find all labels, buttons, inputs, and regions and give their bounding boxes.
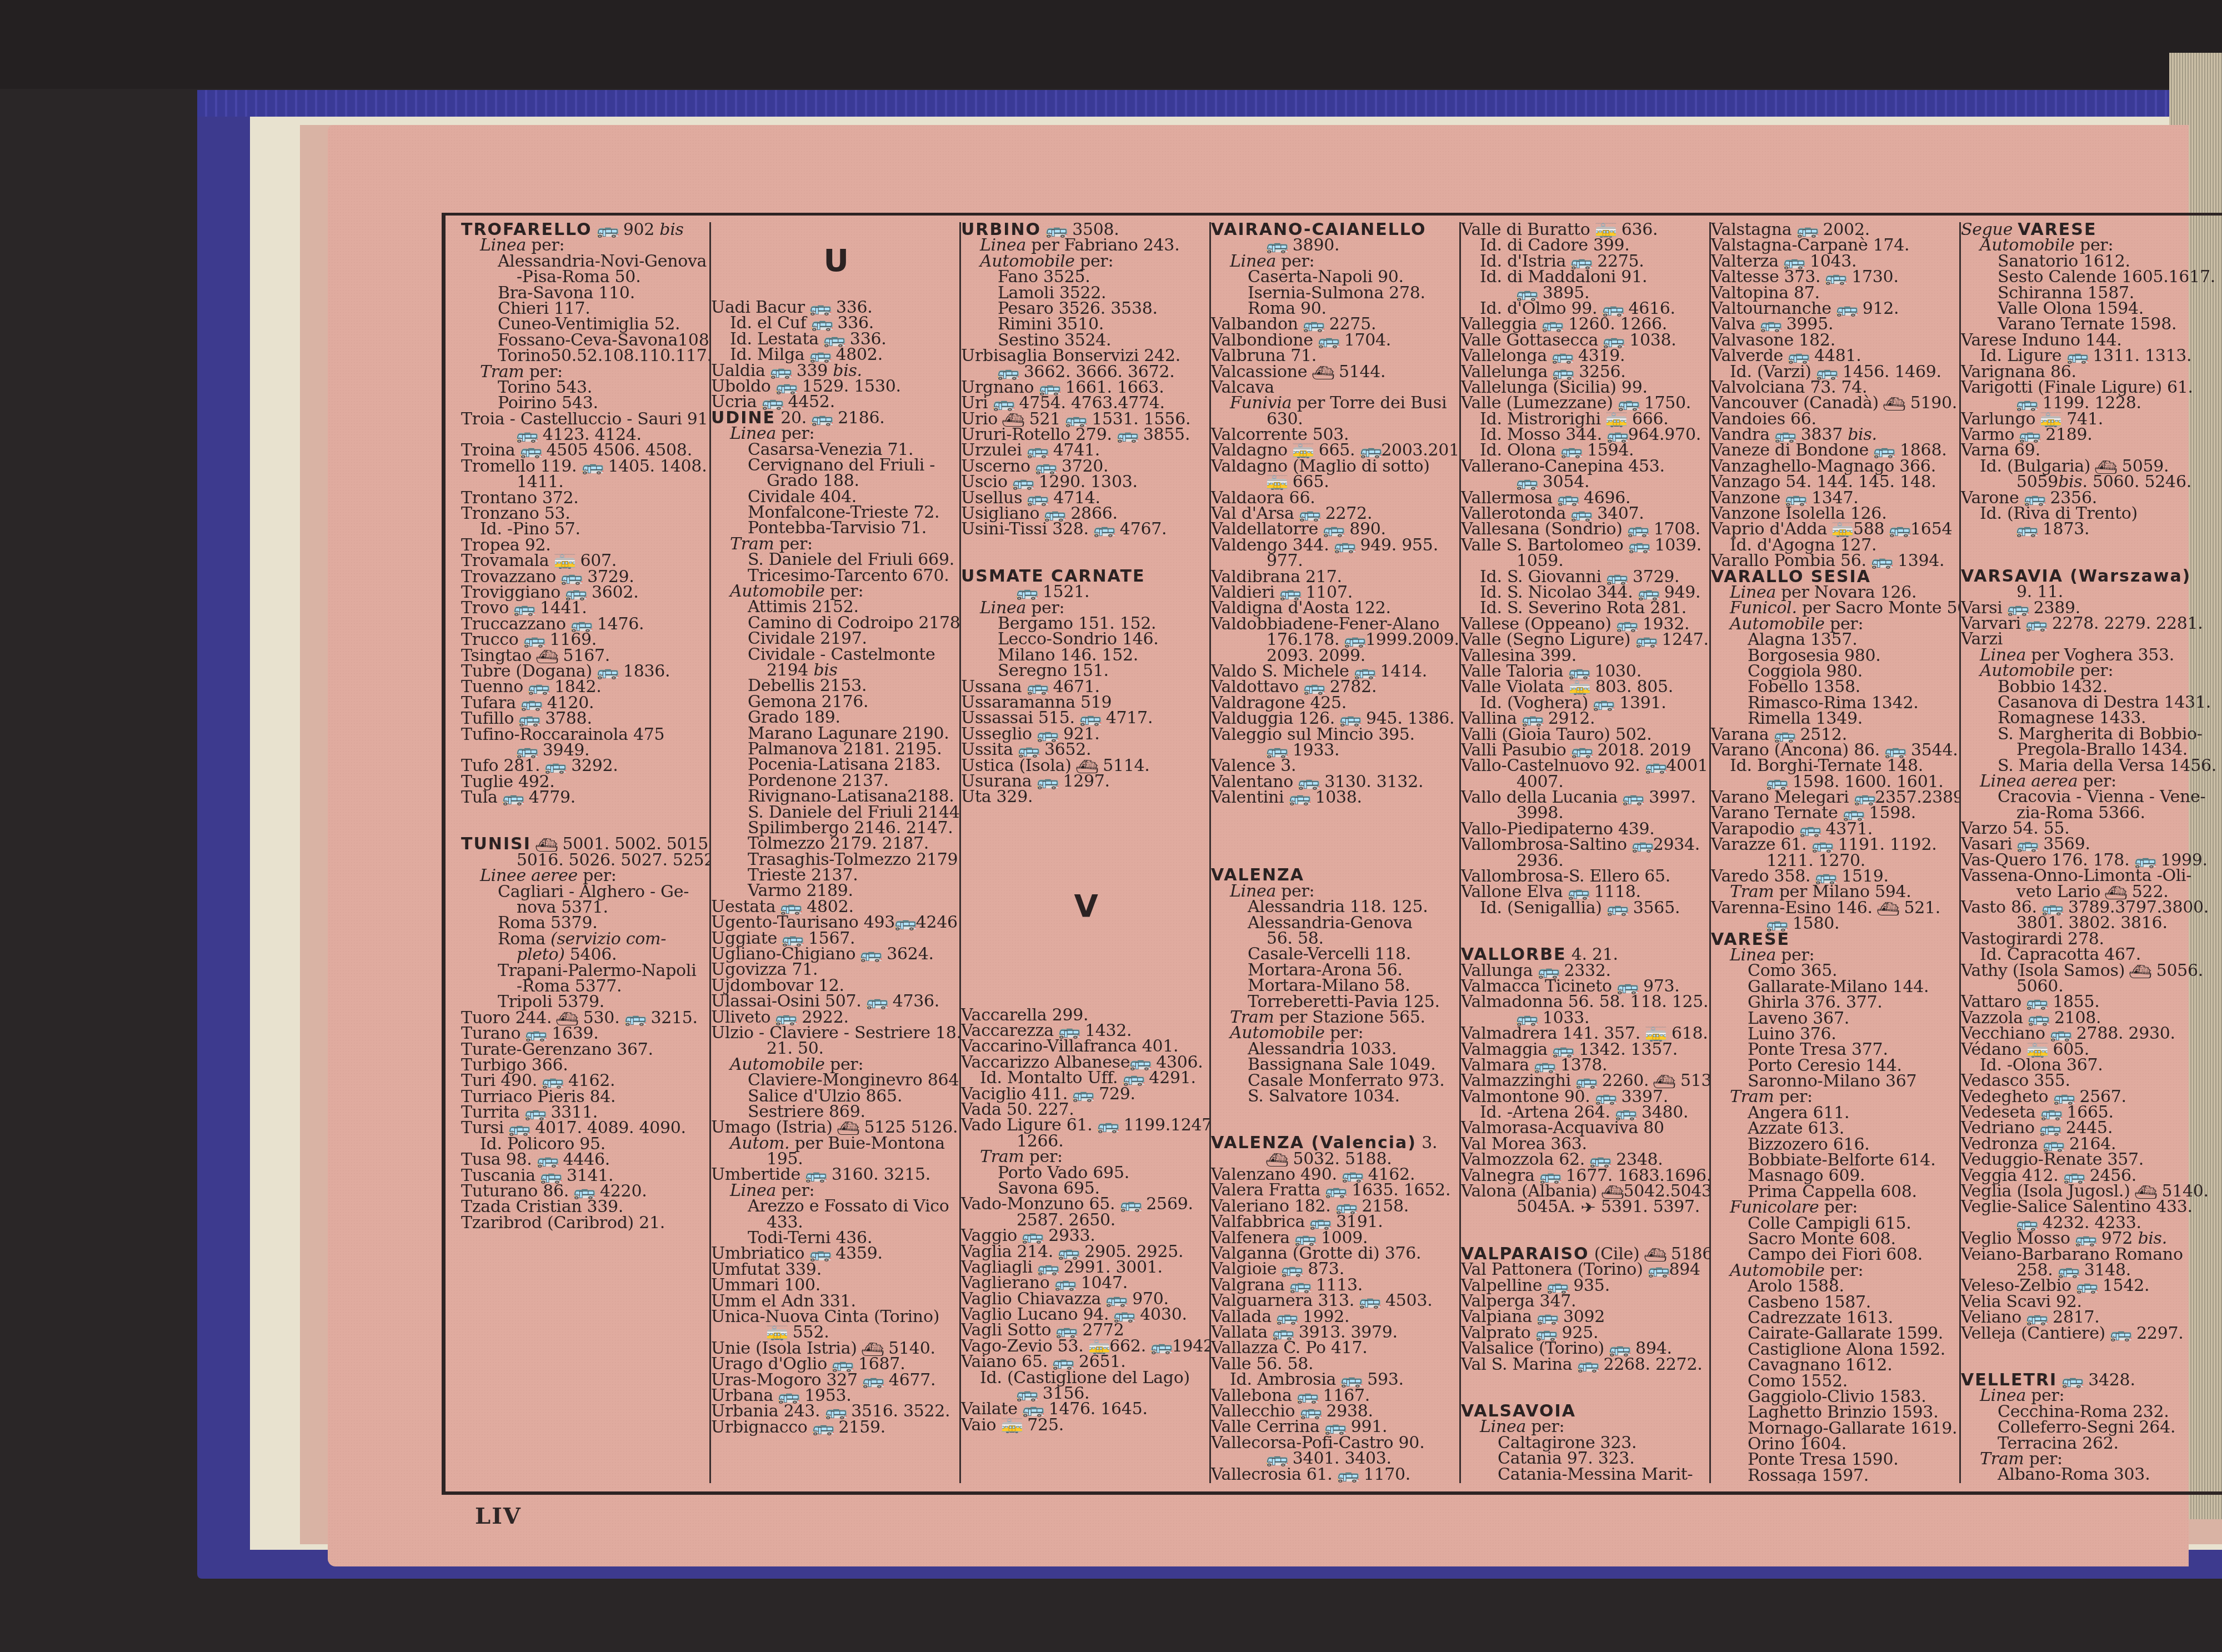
bus-icon: 🚌	[777, 1389, 800, 1404]
bus-icon: 🚌	[2006, 601, 2029, 617]
bus-icon: 🚌	[1592, 696, 1615, 712]
spacer	[1961, 538, 2222, 569]
ship-icon: ⛴	[1876, 901, 1900, 917]
bus-icon: 🚌	[2049, 1027, 2072, 1042]
bus-icon: 🚌	[1275, 1310, 1298, 1325]
bus-icon: 🚌	[2066, 349, 2089, 364]
bus-icon: 🚌	[1787, 349, 1810, 364]
ship-icon: ⛴	[555, 1011, 579, 1027]
bus-icon: 🚌	[1012, 475, 1034, 490]
bus-icon: 🚌	[1265, 238, 1288, 254]
bus-icon: 🚌	[1339, 712, 1362, 727]
bus-icon: 🚌	[1870, 554, 1893, 569]
bus-icon: 🚌	[1537, 964, 1560, 979]
bus-icon: 🚌	[1015, 585, 1038, 600]
bus-icon: 🚌	[781, 932, 804, 947]
bus-icon: 🚌	[1055, 1323, 1078, 1339]
bus-icon: 🚌	[524, 1027, 547, 1042]
bus-icon: 🚌	[1515, 475, 1538, 490]
bus-icon: 🚌	[775, 379, 798, 395]
bus-icon: 🚌	[823, 332, 845, 348]
bus-icon: 🚌	[860, 947, 883, 963]
bus-icon: 🚌	[564, 585, 587, 601]
bus-icon: 🚌	[1129, 1055, 1152, 1071]
index-entry: Unica-Nuova Cinta (Torino)	[711, 1309, 961, 1325]
bus-icon: 🚌	[1021, 1229, 1044, 1244]
bus-icon: 🚌	[862, 1373, 884, 1389]
tram-icon: 🚋	[1831, 522, 1854, 538]
bus-icon: 🚌	[1265, 743, 1288, 759]
bus-icon: 🚌	[516, 428, 538, 443]
bus-icon: 🚌	[508, 1121, 531, 1137]
bus-icon: 🚌	[2015, 1216, 2038, 1232]
bus-icon: 🚌	[2041, 900, 2064, 916]
bus-icon: 🚌	[1783, 254, 1805, 270]
bus-icon: 🚌	[2074, 1232, 2097, 1247]
bus-icon: 🚌	[1842, 806, 1865, 822]
bus-icon: 🚌	[1097, 1118, 1119, 1134]
spacer	[1461, 1215, 1711, 1246]
bus-icon: 🚌	[560, 570, 583, 585]
tram-icon: 🚋	[1568, 680, 1591, 695]
index-entry: Val S. Marina 🚌 2268. 2272.	[1461, 1357, 1711, 1373]
bus-icon: 🚌	[1034, 459, 1057, 475]
bus-icon: 🚌	[1533, 1058, 1556, 1074]
bus-icon: 🚌	[2039, 1121, 2061, 1137]
ship-icon: ⛴	[837, 1120, 860, 1136]
section-letter: V	[961, 868, 1211, 945]
bus-icon: 🚌	[519, 443, 542, 459]
binder-spine-edge	[197, 90, 2222, 117]
index-entry: Valentini 🚌 1038.	[1211, 790, 1461, 805]
bus-icon: 🚌	[1515, 1011, 1538, 1027]
bus-icon: 🚌	[1303, 680, 1325, 695]
bus-icon: 🚌	[1796, 223, 1819, 238]
bus-icon: 🚌	[1294, 1231, 1317, 1246]
bus-icon: 🚌	[1122, 1071, 1145, 1087]
ship-icon: ⛴	[2104, 885, 2128, 900]
bus-icon: 🚌	[2109, 1326, 2132, 1342]
index-entry: Tromello 119. 🚌 1405. 1408.	[461, 459, 711, 474]
index-subentry: S. Salvatore 1034.	[1211, 1089, 1461, 1104]
bus-icon: 🚌	[1551, 349, 1574, 364]
spacer	[961, 538, 1211, 569]
bus-icon: 🚌	[541, 1074, 564, 1089]
section-letter: U	[711, 222, 961, 300]
tram-icon: 🚋	[2026, 1043, 2049, 1058]
bus-icon: 🚌	[1541, 317, 1564, 333]
ship-icon: ⛴	[1265, 1152, 1289, 1168]
bus-icon: 🚌	[1036, 727, 1059, 743]
spacer	[1211, 805, 1461, 837]
bus-icon: 🚌	[1644, 759, 1667, 774]
index-entry: Ulzio - Claviere - Sestriere 18.	[711, 1025, 961, 1041]
bus-icon: 🚌	[527, 680, 550, 695]
bus-icon: 🚌	[2061, 1373, 2084, 1389]
ship-icon: ⛴	[1312, 365, 1335, 381]
bus-icon: 🚌	[1602, 333, 1625, 349]
bus-icon: 🚌	[2025, 617, 2048, 632]
tram-icon: 🚋	[1605, 412, 1628, 428]
index-entry: Tzaribrod (Caribrod) 21.	[461, 1215, 711, 1231]
bus-icon: 🚌	[1279, 585, 1302, 601]
index-column-7: Segue VARESEAutomobile per:Sanatorio 161…	[1961, 222, 2222, 1483]
index-subentry: 5045A. ✈ 5391. 5397.	[1461, 1199, 1711, 1215]
bus-icon: 🚌	[1093, 522, 1115, 538]
bus-icon: 🚌	[1765, 917, 1788, 932]
bus-icon: 🚌	[1324, 1183, 1347, 1199]
tram-icon: 🚋	[2040, 412, 2063, 428]
ship-icon: ⛴	[1075, 759, 1099, 774]
bus-icon: 🚌	[2075, 1279, 2098, 1294]
tram-icon: 🚋	[765, 1325, 788, 1341]
index-column-3: URBINO 🚌 3508.Linea per Fabriano 243.Aut…	[961, 222, 1211, 1483]
bus-icon: 🚌	[520, 696, 543, 712]
bus-icon: 🚌	[544, 759, 567, 774]
ship-icon: ⛴	[536, 649, 559, 664]
bus-icon: 🚌	[1052, 1355, 1074, 1370]
bus-icon: 🚌	[1560, 443, 1583, 459]
bus-icon: 🚌	[1873, 443, 1895, 459]
index-entry: Uta 329.	[961, 789, 1211, 805]
bus-icon: 🚌	[1536, 1310, 1559, 1325]
bus-icon: 🚌	[1044, 507, 1067, 522]
bus-icon: 🚌	[1616, 979, 1639, 995]
index-entry: Usini-Tissi 328. 🚌 4767.	[961, 522, 1211, 537]
bus-icon: 🚌	[1333, 538, 1356, 554]
index-subentry: Funivia per Torre dei Busi	[1211, 396, 1461, 411]
index-entry: Vallo-Castelnuovo 92. 🚌4001.	[1461, 758, 1711, 774]
bus-icon: 🚌	[1335, 1199, 1358, 1215]
bus-icon: 🚌	[1547, 1279, 1569, 1294]
bus-icon: 🚌	[2042, 1137, 2065, 1153]
bus-icon: 🚌	[2027, 1011, 2050, 1027]
bus-icon: 🚌	[1774, 428, 1796, 443]
index-entry: Vado Ligure 61. 🚌 1199.1247.	[961, 1118, 1211, 1133]
bus-icon: 🚌	[2053, 1090, 2075, 1105]
bus-icon: 🚌	[1288, 790, 1311, 806]
bus-icon: 🚌	[1079, 711, 1102, 727]
index-entry: Urbignacco 🚌 2159.	[711, 1420, 961, 1435]
bus-icon: 🚌	[1113, 1308, 1136, 1323]
bus-icon: 🚌	[524, 1105, 547, 1121]
bus-icon: 🚌	[831, 1357, 854, 1373]
ship-icon: ⛴	[1002, 412, 1025, 428]
ship-icon: ⛴	[861, 1341, 884, 1357]
bus-icon: 🚌	[536, 1153, 559, 1168]
bus-icon: 🚌	[2057, 1263, 2080, 1279]
index-subentry: 🚌 1873.	[1961, 522, 2222, 537]
bus-icon: 🚌	[1570, 254, 1593, 270]
index-entry: Vallecrosia 61. 🚌 1170.	[1211, 1467, 1461, 1483]
spacer	[1211, 837, 1461, 868]
bus-icon: 🚌	[539, 1169, 562, 1184]
index-subentry: Catania-Messina Marit-	[1461, 1467, 1711, 1483]
spacer	[1211, 1104, 1461, 1135]
bus-icon: 🚌	[1605, 570, 1628, 585]
airplane-icon: ✈	[1580, 1200, 1596, 1215]
bus-icon: 🚌	[1296, 1389, 1319, 1404]
ship-icon: ⛴	[1644, 1247, 1667, 1263]
bus-icon: 🚌	[1521, 712, 1544, 727]
spacer	[961, 945, 1211, 977]
bus-icon: 🚌	[1628, 538, 1650, 554]
bus-icon: 🚌	[1026, 443, 1049, 459]
index-column-5: Valle di Buratto 🚋 636.Id. di Cadore 399…	[1461, 222, 1711, 1483]
bus-icon: 🚌	[1570, 743, 1593, 759]
bus-icon: 🚌	[596, 223, 619, 238]
bus-icon: 🚌	[1535, 1326, 1558, 1341]
bus-icon: 🚌	[1552, 1043, 1574, 1058]
index-entry: Valdengo 344. 🚌 949. 955.	[1211, 538, 1461, 553]
ship-icon: ⛴	[2134, 1184, 2158, 1200]
bus-icon: 🚌	[1759, 317, 1782, 333]
bus-icon: 🚌	[516, 743, 538, 759]
bus-icon: 🚌	[1072, 1087, 1094, 1103]
tram-icon: 🚋	[1265, 475, 1288, 490]
bus-icon: 🚌	[804, 1168, 827, 1183]
index-entry: Valle S. Bartolomeo 🚌 1039.	[1461, 538, 1711, 553]
index-column-4: VAIRANO-CAIANELLO🚌 3890.Linea per:Casert…	[1211, 222, 1461, 1483]
tram-icon: 🚋	[1644, 1027, 1667, 1042]
bus-icon: 🚌	[1281, 1262, 1304, 1278]
tram-icon: 🚋	[1594, 223, 1617, 238]
bus-icon: 🚌	[809, 301, 832, 316]
bus-icon: 🚌	[1811, 838, 1834, 853]
bus-icon: 🚌	[1359, 443, 1382, 459]
bus-icon: 🚌	[1889, 522, 1911, 538]
index-subentry: Id. (Riva di Trento)	[1961, 506, 2222, 522]
bus-icon: 🚌	[809, 348, 832, 363]
spacer	[1461, 916, 1711, 947]
bus-icon: 🚌	[1637, 585, 1660, 601]
bus-icon: 🚌	[1557, 491, 1579, 507]
bus-icon: 🚌	[1017, 743, 1040, 758]
bus-icon: 🚌	[810, 316, 833, 332]
bus-icon: 🚌	[1344, 633, 1367, 648]
bus-icon: 🚌	[1064, 412, 1087, 428]
ship-icon: ⛴	[2129, 964, 2152, 979]
bus-icon: 🚌	[1037, 1260, 1059, 1276]
index-entry: Vallo della Lucania 🚌 3997.	[1461, 790, 1711, 805]
bus-icon: 🚌	[1324, 1420, 1347, 1435]
bus-icon: 🚌	[1631, 838, 1654, 853]
bus-icon: 🚌	[1015, 1386, 1038, 1402]
bus-icon: 🚌	[2025, 995, 2048, 1010]
bus-icon: 🚌	[1884, 743, 1906, 759]
bus-icon: 🚌	[1322, 522, 1345, 538]
bus-icon: 🚌	[1575, 1074, 1598, 1089]
spacer	[961, 805, 1211, 837]
bus-icon: 🚌	[570, 617, 593, 633]
bus-icon: 🚌	[1057, 1245, 1080, 1260]
ship-icon: ⛴	[1883, 396, 1906, 412]
bus-icon: 🚌	[780, 900, 803, 915]
bus-icon: 🚌	[1765, 775, 1788, 790]
bus-icon: 🚌	[769, 364, 792, 379]
spacer	[1461, 1373, 1711, 1404]
bus-icon: 🚌	[2025, 1310, 2048, 1326]
bus-icon: 🚌	[513, 601, 536, 617]
tram-icon: 🚋	[553, 554, 576, 569]
bus-icon: 🚌	[1026, 680, 1049, 695]
bus-icon: 🚌	[1815, 869, 1838, 885]
bus-icon: 🚌	[1289, 1278, 1312, 1294]
index-subentry: Id. (Senigallia) 🚌 3565.	[1461, 900, 1711, 916]
index-entry: Tula 🚌 4779.	[461, 790, 711, 805]
bus-icon: 🚌	[596, 664, 619, 680]
place-heading: VARSAVIA (Warszawa)	[1961, 567, 2191, 586]
index-subentry: Arezzo e Fossato di Vico	[711, 1199, 961, 1214]
bus-icon: 🚌	[2063, 1169, 2085, 1184]
index-column-1: TROFARELLO 🚌 902 bisLinea per:Alessandri…	[461, 222, 711, 1483]
bus-icon: 🚌	[1608, 1341, 1631, 1357]
bus-icon: 🚌	[761, 395, 784, 411]
bus-icon: 🚌	[1022, 1402, 1044, 1418]
bus-icon: 🚌	[1635, 633, 1658, 648]
bus-icon: 🚌	[1299, 1404, 1322, 1420]
bus-icon: 🚌	[1265, 1451, 1288, 1467]
bus-icon: 🚌	[1272, 1325, 1294, 1341]
bus-icon: 🚌	[2018, 428, 2041, 443]
bus-icon: 🚌	[573, 1184, 595, 1200]
bus-icon: 🚌	[1539, 1169, 1562, 1184]
bus-icon: 🚌	[1614, 1105, 1637, 1121]
tram-icon: 🚋	[1000, 1418, 1023, 1434]
bus-icon: 🚌	[2023, 491, 2046, 507]
bus-icon: 🚌	[1358, 1294, 1381, 1309]
bus-icon: 🚌	[1038, 381, 1061, 396]
background-desk	[0, 0, 2222, 89]
bus-icon: 🚌	[1119, 1197, 1142, 1213]
bus-icon: 🚌	[1594, 1090, 1617, 1105]
index-entry: VARSAVIA (Warszawa)	[1961, 569, 2222, 584]
bus-icon: 🚌	[809, 1246, 832, 1262]
bus-icon: 🚌	[1353, 664, 1376, 680]
bus-icon: 🚌	[502, 790, 524, 806]
bus-icon: 🚌	[581, 459, 604, 475]
bus-icon: 🚌	[1602, 302, 1624, 317]
bus-icon: 🚌	[992, 396, 1015, 412]
index-entry: Vallombrosa-Saltino 🚌2934.	[1461, 837, 1711, 853]
bus-icon: 🚌	[812, 1420, 834, 1436]
bus-icon: 🚌	[1341, 1168, 1364, 1183]
ship-icon: ⛴	[1601, 1184, 1624, 1200]
bus-icon: 🚌	[2015, 396, 2038, 412]
spacer	[461, 805, 711, 837]
bus-icon: 🚌	[1589, 1153, 1612, 1168]
bus-icon: 🚌	[1045, 223, 1068, 238]
index-subentry: Autom. per Buie-Montona	[711, 1136, 961, 1152]
spacer	[961, 837, 1211, 868]
bus-icon: 🚌	[1297, 775, 1320, 790]
bus-icon: 🚌	[1853, 790, 1876, 806]
bus-icon: 🚌	[1298, 507, 1321, 522]
bus-icon: 🚌	[1150, 1339, 1173, 1355]
bus-icon: 🚌	[1570, 507, 1593, 522]
service-type-label: bis	[659, 222, 683, 239]
ship-icon: ⛴	[535, 837, 558, 853]
bus-icon: 🚌	[1317, 333, 1340, 349]
bus-icon: 🚌	[1027, 491, 1049, 507]
index-entry: Valdagno (Maglio di sotto)	[1211, 459, 1461, 474]
bus-icon: 🚌	[1606, 901, 1629, 917]
bus-icon: 🚌	[775, 1010, 798, 1026]
bus-icon: 🚌	[1036, 774, 1059, 790]
bus-icon: 🚌	[1567, 885, 1590, 900]
bus-icon: 🚌	[523, 633, 546, 648]
bus-icon: 🚌	[1568, 664, 1590, 680]
index-column-2: UUadi Bacur 🚌 336.Id. el Cuf 🚌 336.Id. L…	[711, 222, 961, 1483]
spacer	[961, 977, 1211, 1008]
bus-icon: 🚌	[1825, 270, 1848, 286]
bus-icon: 🚌	[1058, 1024, 1080, 1039]
bus-icon: 🚌	[624, 1011, 647, 1027]
bus-icon: 🚌	[1835, 302, 1858, 317]
bus-icon: 🚌	[1622, 790, 1645, 806]
bus-icon: 🚌	[1340, 1373, 1363, 1388]
bus-icon: 🚌	[1606, 428, 1629, 443]
bus-icon: 🚌	[2040, 1105, 2063, 1121]
bus-icon: 🚌	[1627, 522, 1649, 538]
index-column-6: Valstagna 🚌 2002.Valstagna-Carpanè 174.V…	[1711, 222, 1961, 1483]
bus-icon: 🚌	[1815, 365, 1838, 381]
bus-icon: 🚌	[865, 994, 888, 1010]
index-entry: Vaio 🚋 725.	[961, 1418, 1211, 1433]
ship-icon: ⛴	[2094, 459, 2118, 475]
bus-icon: 🚌	[894, 915, 917, 931]
bus-icon: 🚌	[1515, 286, 1538, 302]
bus-icon: 🚌	[1617, 396, 1640, 412]
bus-icon: 🚌	[997, 365, 1019, 381]
spacer	[1961, 1341, 2222, 1373]
bus-icon: 🚌	[1054, 1276, 1077, 1291]
bus-icon: 🚌	[2015, 522, 2038, 538]
index-subentry: Rossaga 1597.	[1711, 1468, 1961, 1483]
index-entry: Velleja (Cantiere) 🚌 2297.	[1961, 1326, 2222, 1341]
index-entry: Vathy (Isola Samos) ⛴ 5056.	[1961, 963, 2222, 979]
bus-icon: 🚌	[1337, 1468, 1359, 1483]
bus-icon: 🚌	[2134, 853, 2156, 869]
bus-icon: 🚌	[1773, 728, 1796, 743]
bus-icon: 🚌	[1116, 428, 1139, 443]
tram-icon: 🚋	[1088, 1339, 1110, 1355]
bus-icon: 🚌	[2016, 837, 2039, 853]
bus-icon: 🚌	[824, 1404, 847, 1420]
bus-icon: 🚌	[810, 411, 833, 427]
bus-icon: 🚌	[1552, 365, 1574, 381]
bus-icon: 🚌	[1577, 1358, 1599, 1373]
page-number: LIV	[475, 1503, 522, 1529]
bus-icon: 🚌	[1784, 491, 1807, 507]
ship-icon: ⛴	[1653, 1074, 1676, 1089]
bus-icon: 🚌	[1647, 1263, 1670, 1278]
bus-icon: 🚌	[1309, 1215, 1332, 1230]
bus-icon: 🚌	[1105, 1292, 1128, 1308]
bus-icon: 🚌	[1799, 822, 1821, 838]
bus-icon: 🚌	[1615, 617, 1638, 633]
bus-icon: 🚌	[1302, 317, 1325, 333]
index-subentry: Alessandria-Genova	[1211, 915, 1461, 931]
bus-icon: 🚌	[518, 712, 541, 727]
tram-icon: 🚋	[1292, 443, 1314, 459]
